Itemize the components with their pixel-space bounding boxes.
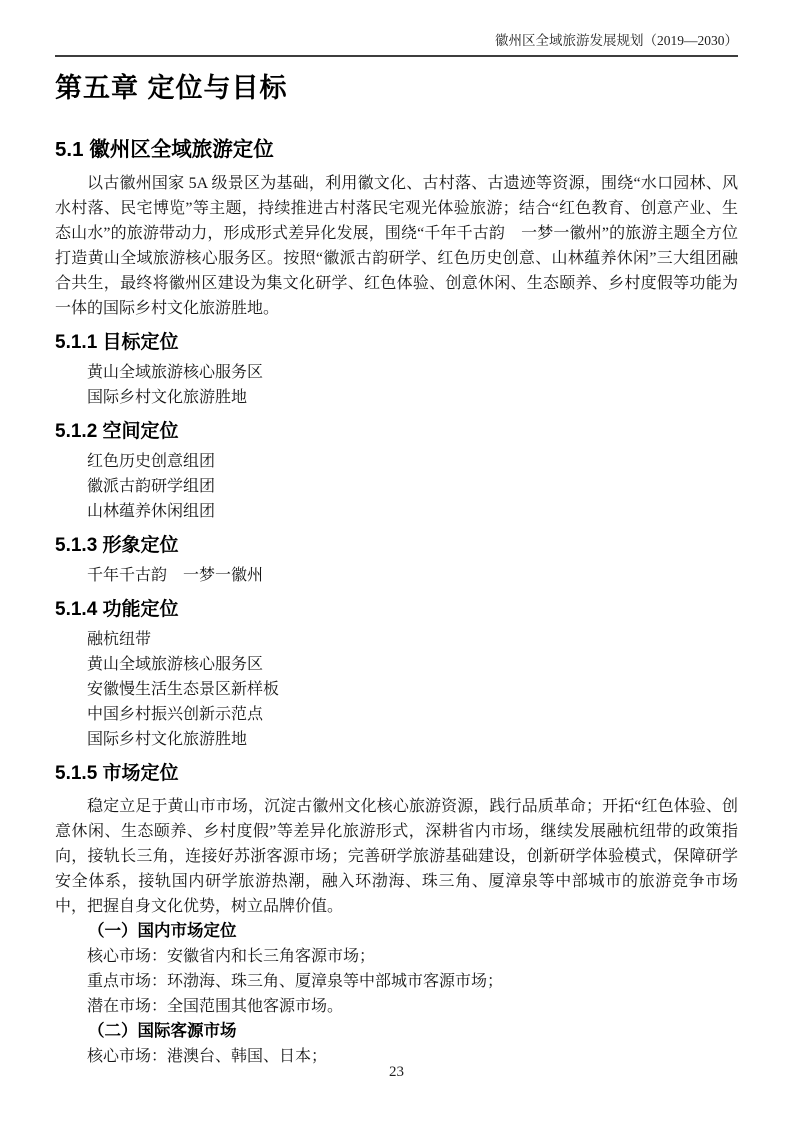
page-number: 23 <box>0 1064 793 1081</box>
domestic-market-subheading: （一）国内市场定位 <box>55 919 738 944</box>
section-5-1-2-heading: 5.1.2 空间定位 <box>55 419 738 444</box>
list-line: 潜在市场：全国范围其他客源市场。 <box>55 994 738 1019</box>
list-line: 核心市场：安徽省内和长三角客源市场； <box>55 944 738 969</box>
page-header: 徽州区全域旅游发展规划（2019—2030） <box>55 33 738 55</box>
header-divider <box>55 55 738 57</box>
section-5-1-3-heading: 5.1.3 形象定位 <box>55 533 738 558</box>
list-line: 融杭纽带 <box>55 627 738 652</box>
list-line: 黄山全域旅游核心服务区 <box>55 652 738 677</box>
list-line: 徽派古韵研学组团 <box>55 474 738 499</box>
list-line: 国际乡村文化旅游胜地 <box>55 385 738 410</box>
page-header-text: 徽州区全域旅游发展规划（2019—2030） <box>495 33 738 48</box>
list-line: 红色历史创意组团 <box>55 449 738 474</box>
chapter-title: 第五章 定位与目标 <box>55 71 738 105</box>
section-5-1-1-heading: 5.1.1 目标定位 <box>55 330 738 355</box>
section-5-1-5-heading: 5.1.5 市场定位 <box>55 761 738 786</box>
section-5-1-heading: 5.1 徽州区全域旅游定位 <box>55 137 738 163</box>
list-line: 黄山全域旅游核心服务区 <box>55 360 738 385</box>
section-5-1-5-paragraph: 稳定立足于黄山市市场，沉淀古徽州文化核心旅游资源，践行品质革命；开拓“红色体验、… <box>55 794 738 919</box>
list-line: 重点市场：环渤海、珠三角、厦漳泉等中部城市客源市场； <box>55 969 738 994</box>
list-line: 千年千古韵 一梦一徽州 <box>55 563 738 588</box>
document-page: 徽州区全域旅游发展规划（2019—2030） 第五章 定位与目标 5.1 徽州区… <box>0 0 793 1122</box>
list-line: 国际乡村文化旅游胜地 <box>55 727 738 752</box>
section-5-1-paragraph: 以古徽州国家 5A 级景区为基础，利用徽文化、古村落、古遗迹等资源，围绕“水口园… <box>55 171 738 321</box>
international-market-subheading: （二）国际客源市场 <box>55 1019 738 1044</box>
list-line: 安徽慢生活生态景区新样板 <box>55 677 738 702</box>
list-line: 山林蕴养休闲组团 <box>55 499 738 524</box>
list-line: 中国乡村振兴创新示范点 <box>55 702 738 727</box>
section-5-1-4-heading: 5.1.4 功能定位 <box>55 597 738 622</box>
